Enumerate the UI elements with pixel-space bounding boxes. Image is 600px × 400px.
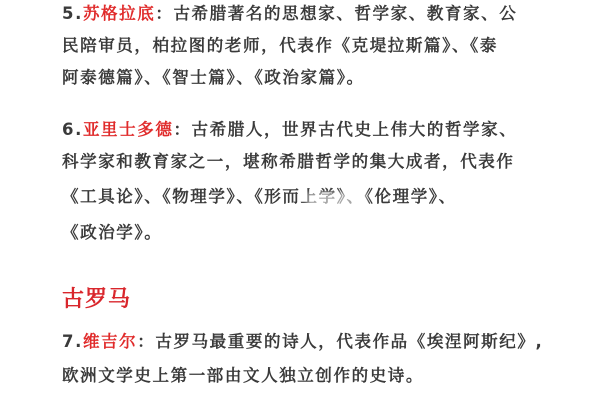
entry-number: 5. [62,4,83,23]
entry-number: 6. [62,120,83,139]
watermark-overlay [307,192,367,210]
entry-name: 亚里士多德 [83,120,174,139]
entry-name: 苏格拉底 [83,4,155,23]
entry-name: 维吉尔 [83,332,137,351]
entry-line: 民陪审员，柏拉图的老师，代表作《克堤拉斯篇》、《泰 [62,30,542,62]
section-title-ancient-rome: 古罗马 [62,285,131,315]
entry-line: 6.亚里士多德：古希腊人，世界古代史上伟大的哲学家、 [62,114,542,146]
entry-line: 欧洲文学史上第一部由文人独立创作的史诗。 [62,360,542,392]
entry-line: 阿泰德篇》、《智士篇》、《政治家篇》。 [62,62,542,94]
entry-virgil: 7.维吉尔：古罗马最重要的诗人，代表作品《埃涅阿斯纪》, 欧洲文学史上第一部由文… [62,326,542,392]
entry-number: 7. [62,332,83,351]
entry-line: 科学家和教育家之一，堪称希腊哲学的集大成者，代表作 [62,146,542,181]
entry-socrates: 5.苏格拉底：古希腊著名的思想家、哲学家、教育家、公 民陪审员，柏拉图的老师，代… [62,0,542,94]
entry-line: 《工具论》、《物理学》、《形而上学》、《伦理学》、 [62,181,542,217]
entry-line: 7.维吉尔：古罗马最重要的诗人，代表作品《埃涅阿斯纪》, [62,326,542,360]
entry-line: 5.苏格拉底：古希腊著名的思想家、哲学家、教育家、公 [62,0,542,30]
entry-aristotle: 6.亚里士多德：古希腊人，世界古代史上伟大的哲学家、 科学家和教育家之一，堪称希… [62,114,542,249]
entry-text: ：古希腊人，世界古代史上伟大的哲学家、 [173,120,517,139]
entry-text: ：古希腊著名的思想家、哲学家、教育家、公 [155,4,517,23]
entry-text: ：古罗马最重要的诗人，代表作品《埃涅阿斯纪》, [137,332,543,351]
entry-line: 《政治学》。 [62,217,542,249]
